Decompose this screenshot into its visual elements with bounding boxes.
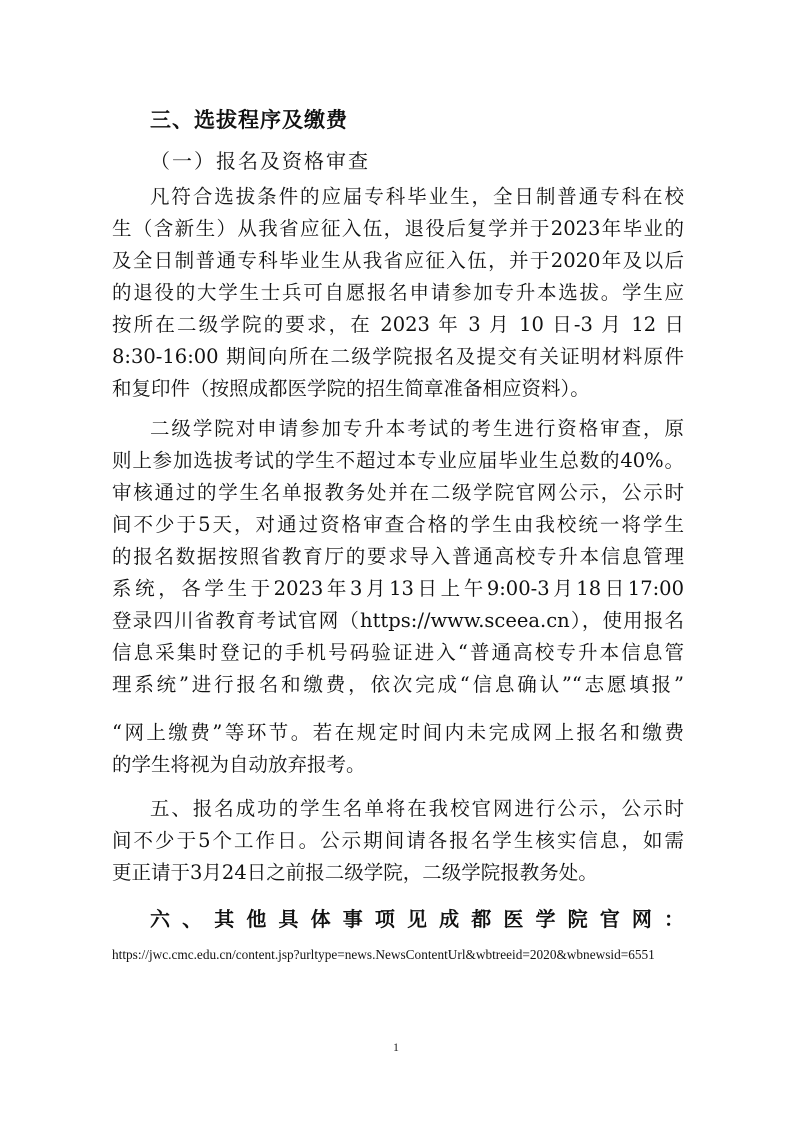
text-line: “网上缴费”等环节。若在规定时间内未完成网上报名和缴费 — [112, 718, 684, 748]
text-line: 按所在二级学院的要求，在 2023 年 3 月 10 日-3 月 12 日 — [112, 310, 684, 340]
text-line: 二级学院对申请参加专升本考试的考生进行资格审查，原 — [150, 414, 684, 444]
text-line: 则上参加选拔考试的学生不超过本专业应届毕业生总数的40%。 — [112, 446, 684, 476]
official-website-link[interactable]: https://jwc.cmc.edu.cn/content.jsp?urlty… — [112, 946, 684, 964]
text-line: 更正请于3月24日之前报二级学院，二级学院报教务处。 — [112, 858, 684, 888]
text-line: 的学生将视为自动放弃报考。 — [112, 750, 684, 780]
section-title: 三、选拔程序及缴费 — [150, 104, 348, 134]
text-line: 8:30-16:00 期间向所在二级学院报名及提交有关证明材料原件 — [112, 342, 684, 372]
text-line: 信息采集时登记的手机号码验证进入“普通高校专升本信息管 — [112, 638, 684, 668]
text-line: 的报名数据按照省教育厅的要求导入普通高校专升本信息管理 — [112, 542, 684, 572]
text-line: 的退役的大学生士兵可自愿报名申请参加专升本选拔。学生应 — [112, 278, 684, 308]
text-line: 及全日制普通专科毕业生从我省应征入伍，并于2020年及以后 — [112, 246, 684, 276]
section-six-title: 六、其他具体事项见成都医学院官网： — [150, 904, 684, 934]
text-line: 系统，各学生于2023年3月13日上午9:00-3月18日17:00 — [112, 574, 684, 604]
text-line: 生（含新生）从我省应征入伍，退役后复学并于2023年毕业的 — [112, 214, 684, 244]
page-number: 1 — [393, 1040, 399, 1055]
text-line: 五、报名成功的学生名单将在我校官网进行公示，公示时 — [150, 794, 684, 824]
document-page: 三、选拔程序及缴费 （一）报名及资格审查 凡符合选拔条件的应届专科毕业生，全日制… — [0, 0, 793, 1122]
text-line: 审核通过的学生名单报教务处并在二级学院官网公示，公示时 — [112, 478, 684, 508]
text-line: 凡符合选拔条件的应届专科毕业生，全日制普通专科在校 — [150, 182, 684, 212]
text-line: 理系统”进行报名和缴费，依次完成“信息确认”“志愿填报” — [112, 670, 684, 700]
text-line: 登录四川省教育考试官网（https://www.sceea.cn），使用报名 — [112, 606, 684, 636]
text-line: 间不少于5个工作日。公示期间请各报名学生核实信息，如需 — [112, 826, 684, 856]
subsection-title: （一）报名及资格审查 — [150, 145, 370, 174]
text-line: 间不少于5天，对通过资格审查合格的学生由我校统一将学生 — [112, 510, 684, 540]
text-line: 和复印件（按照成都医学院的招生简章准备相应资料）。 — [112, 374, 684, 404]
